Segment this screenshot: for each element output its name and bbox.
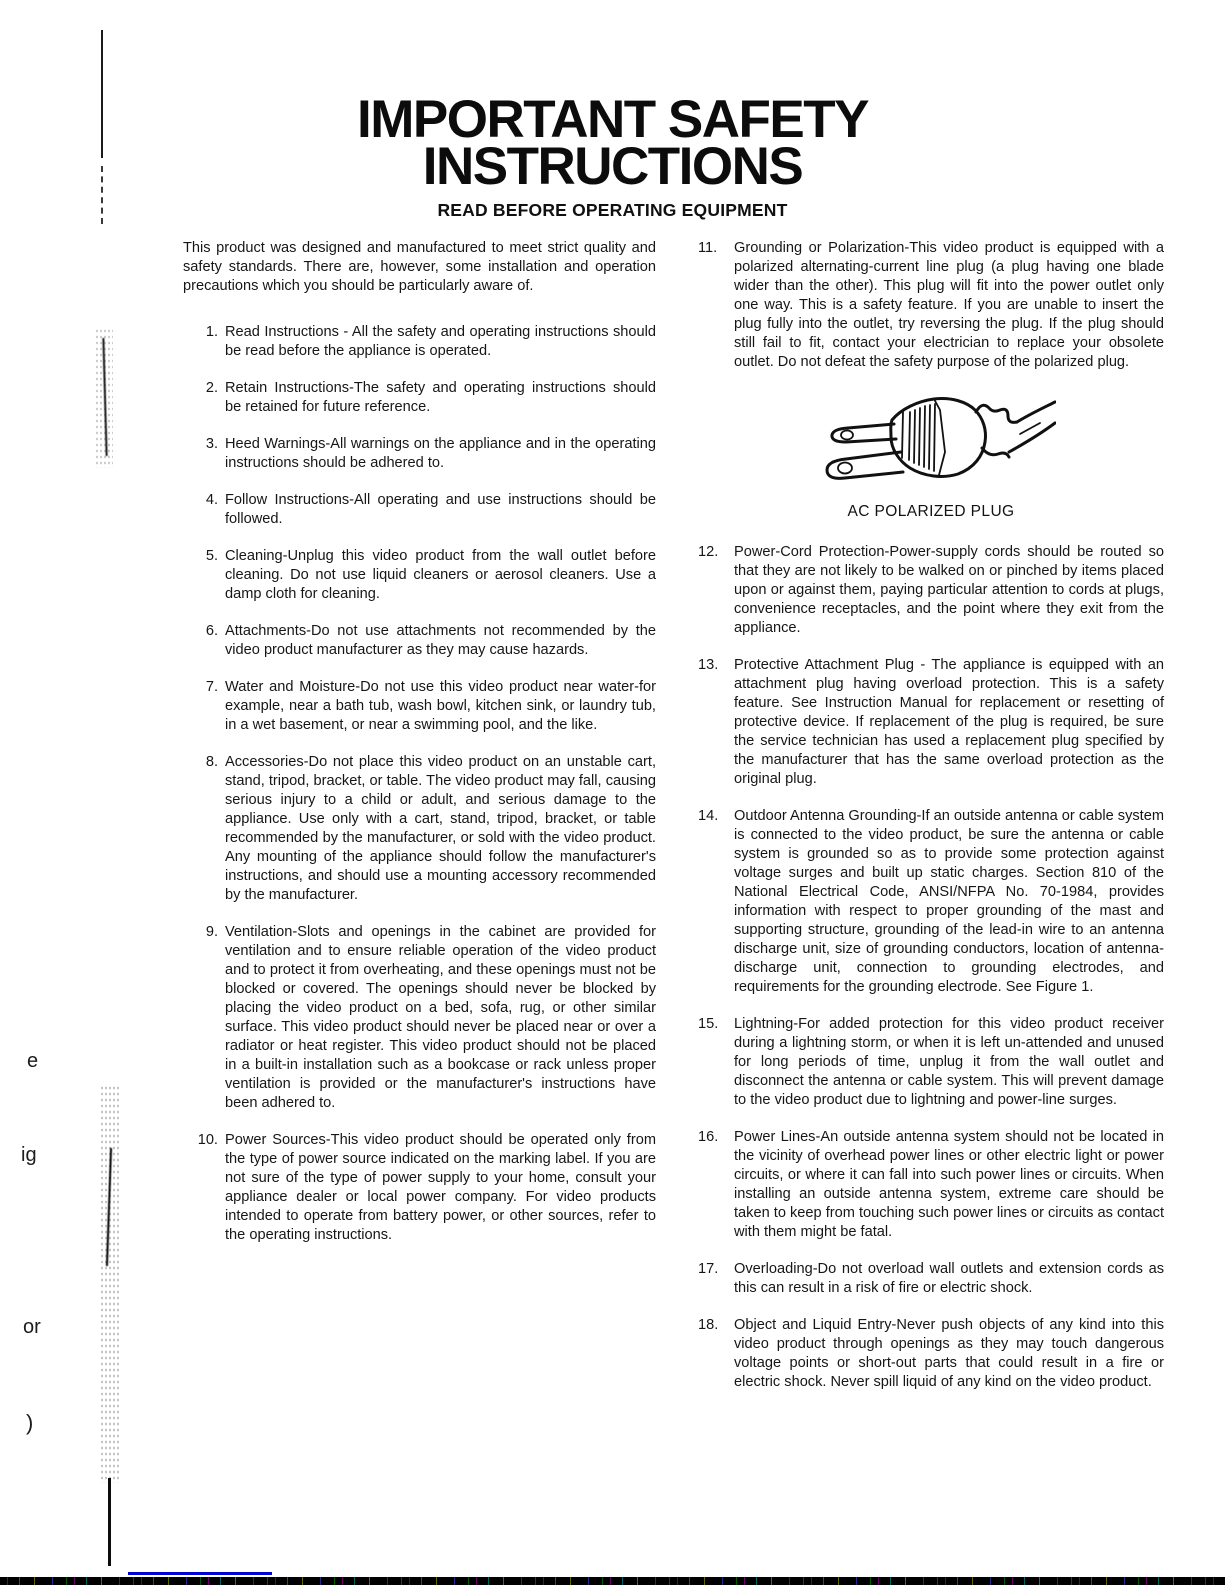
item-number: 14. [698, 807, 723, 997]
safety-item-10: 10. Power Sources-This video product sho… [183, 1131, 656, 1245]
scan-smudge-line [102, 338, 107, 456]
safety-item-12: 12. Power-Cord Protection-Power-supply c… [698, 543, 1164, 638]
left-column: This product was designed and manufactur… [183, 239, 656, 1410]
scanned-manual-page: IMPORTANT SAFETY INSTRUCTIONS READ BEFOR… [0, 0, 1225, 1585]
safety-item-16: 16. Power Lines-An outside antenna syste… [698, 1128, 1164, 1242]
safety-item-17: 17. Overloading-Do not overload wall out… [698, 1260, 1164, 1298]
cutoff-text-fragment: ) [26, 1410, 33, 1436]
scan-noise-bar [0, 1577, 1225, 1585]
item-text: Retain Instructions-The safety and opera… [225, 379, 656, 417]
item-text: Power Lines-An outside antenna system sh… [734, 1128, 1164, 1242]
item-text: Lightning-For added protection for this … [734, 1015, 1164, 1110]
safety-item-1: 1. Read Instructions - All the safety an… [183, 323, 656, 361]
safety-item-15: 15. Lightning-For added protection for t… [698, 1015, 1164, 1110]
item-text: Follow Instructions-All operating and us… [225, 491, 656, 529]
item-text: Power-Cord Protection-Power-supply cords… [734, 543, 1164, 638]
safety-item-11: 11. Grounding or Polarization-This video… [698, 239, 1164, 372]
scan-smudge-halo [95, 328, 113, 468]
safety-item-13: 13. Protective Attachment Plug - The app… [698, 656, 1164, 789]
safety-item-18: 18. Object and Liquid Entry-Never push o… [698, 1316, 1164, 1392]
item-number: 11. [698, 239, 723, 372]
item-number: 13. [698, 656, 723, 789]
safety-item-5: 5. Cleaning-Unplug this video product fr… [183, 547, 656, 604]
safety-item-8: 8. Accessories-Do not place this video p… [183, 753, 656, 905]
safety-item-9: 9. Ventilation-Slots and openings in the… [183, 923, 656, 1113]
item-text: Ventilation-Slots and openings in the ca… [225, 923, 656, 1113]
two-column-body: This product was designed and manufactur… [183, 239, 1164, 1410]
item-number: 12. [698, 543, 723, 638]
figure-caption: AC POLARIZED PLUG [698, 502, 1164, 521]
safety-item-4: 4. Follow Instructions-All operating and… [183, 491, 656, 529]
item-number: 1. [183, 323, 218, 361]
blue-underline-mark [128, 1572, 272, 1575]
ac-plug-figure [698, 390, 1164, 496]
item-text: Water and Moisture-Do not use this video… [225, 678, 656, 735]
item-number: 2. [183, 379, 218, 417]
cutoff-text-fragment: e [27, 1050, 38, 1073]
page-title-line1: IMPORTANT SAFETY [0, 96, 1225, 143]
item-number: 7. [183, 678, 218, 735]
item-text: Attachments-Do not use attachments not r… [225, 622, 656, 660]
page-subtitle: READ BEFORE OPERATING EQUIPMENT [0, 200, 1225, 221]
safety-item-7: 7. Water and Moisture-Do not use this vi… [183, 678, 656, 735]
item-text: Grounding or Polarization-This video pro… [734, 239, 1164, 372]
item-number: 10. [183, 1131, 218, 1245]
item-text: Heed Warnings-All warnings on the applia… [225, 435, 656, 473]
safety-item-6: 6. Attachments-Do not use attachments no… [183, 622, 656, 660]
item-text: Cleaning-Unplug this video product from … [225, 547, 656, 604]
scan-speckle-band [100, 1085, 120, 1483]
right-column: 11. Grounding or Polarization-This video… [698, 239, 1164, 1410]
safety-item-14: 14. Outdoor Antenna Grounding-If an outs… [698, 807, 1164, 997]
cutoff-text-fragment: or [23, 1316, 41, 1339]
item-number: 8. [183, 753, 218, 905]
item-number: 16. [698, 1128, 723, 1242]
item-number: 17. [698, 1260, 723, 1298]
cutoff-text-fragment: ig [21, 1144, 37, 1167]
scan-binding-line-bottom [108, 1478, 111, 1566]
item-number: 9. [183, 923, 218, 1113]
item-number: 15. [698, 1015, 723, 1110]
item-number: 3. [183, 435, 218, 473]
item-text: Overloading-Do not overload wall outlets… [734, 1260, 1164, 1298]
page-title: IMPORTANT SAFETY INSTRUCTIONS [0, 96, 1225, 190]
intro-paragraph: This product was designed and manufactur… [183, 239, 656, 296]
item-text: Power Sources-This video product should … [225, 1131, 656, 1245]
item-text: Outdoor Antenna Grounding-If an outside … [734, 807, 1164, 997]
item-number: 5. [183, 547, 218, 604]
scan-squiggle [106, 1148, 112, 1266]
item-text: Object and Liquid Entry-Never push objec… [734, 1316, 1164, 1392]
safety-item-3: 3. Heed Warnings-All warnings on the app… [183, 435, 656, 473]
ac-plug-illustration [806, 390, 1056, 490]
page-header: IMPORTANT SAFETY INSTRUCTIONS READ BEFOR… [0, 96, 1225, 221]
page-title-line2: INSTRUCTIONS [0, 143, 1225, 190]
item-text: Read Instructions - All the safety and o… [225, 323, 656, 361]
item-number: 4. [183, 491, 218, 529]
item-number: 18. [698, 1316, 723, 1392]
item-text: Accessories-Do not place this video prod… [225, 753, 656, 905]
item-number: 6. [183, 622, 218, 660]
safety-item-2: 2. Retain Instructions-The safety and op… [183, 379, 656, 417]
item-text: Protective Attachment Plug - The applian… [734, 656, 1164, 789]
